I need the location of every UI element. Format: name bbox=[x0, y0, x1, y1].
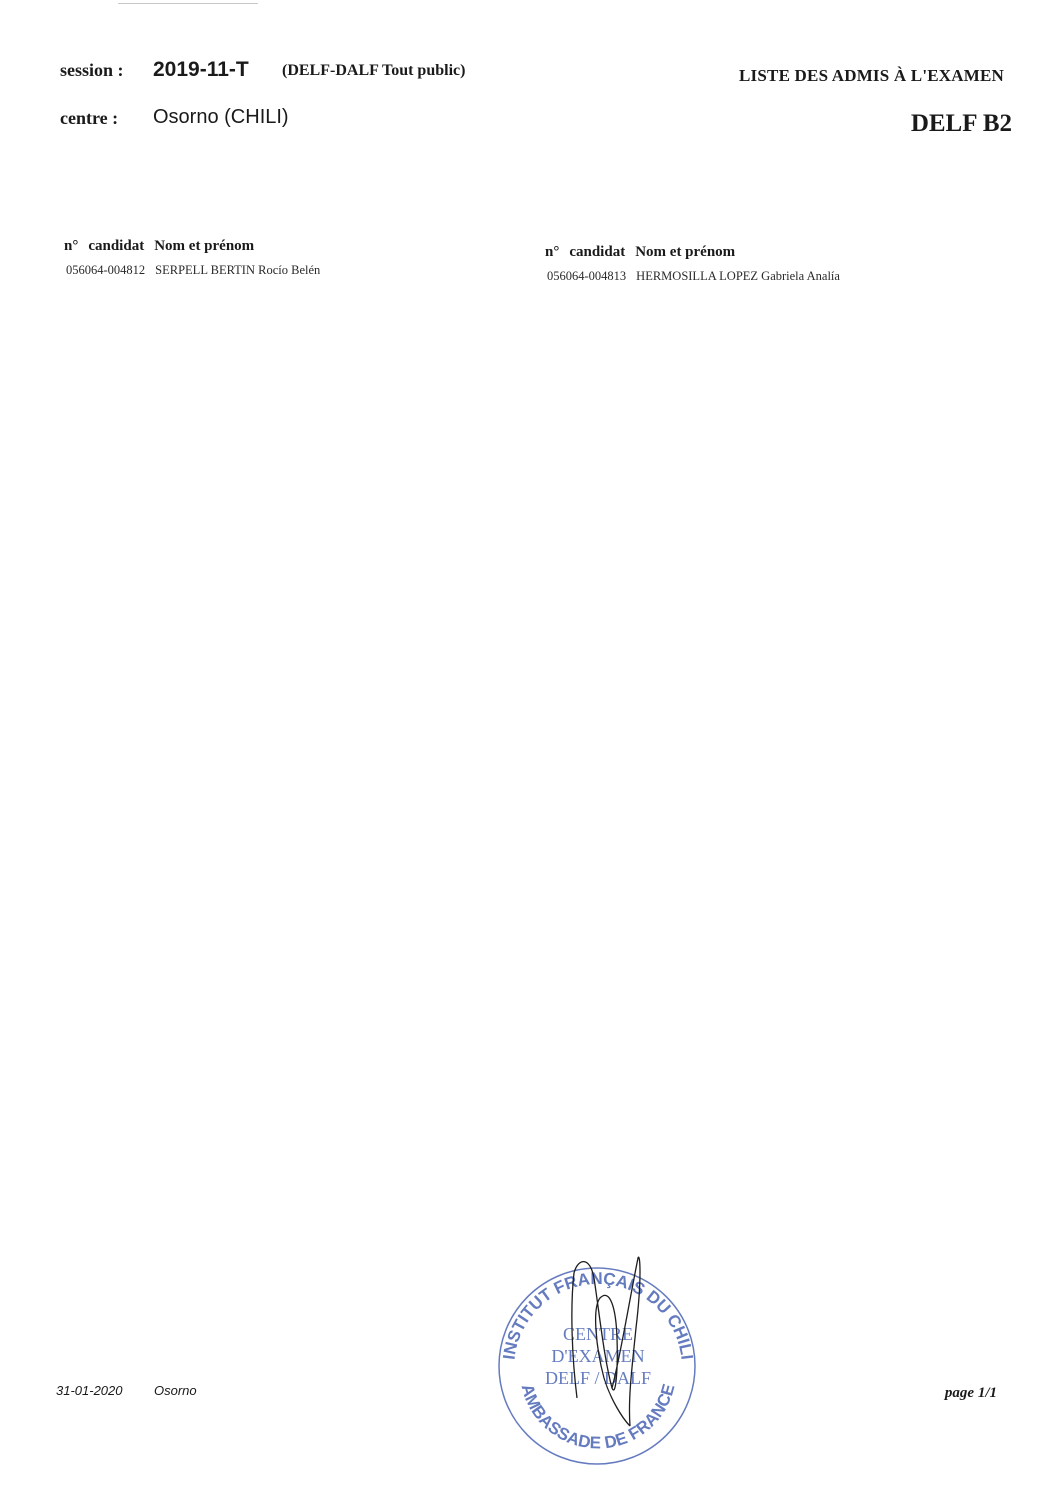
candidate-id: 056064-004812 bbox=[66, 263, 145, 277]
column-header-left: n°candidatNom et prénom bbox=[64, 238, 264, 255]
candidate-id: 056064-004813 bbox=[547, 269, 626, 283]
stamp-bottom-text: AMBASSADE DE FRANCE bbox=[517, 1382, 678, 1453]
centre-value: Osorno (CHILI) bbox=[153, 106, 289, 129]
col-number: n° bbox=[545, 244, 559, 260]
centre-label: centre : bbox=[60, 108, 118, 129]
session-label: session : bbox=[60, 60, 124, 81]
session-value: 2019-11-T bbox=[153, 58, 249, 82]
col-candidate: candidat bbox=[88, 238, 144, 254]
candidate-row: 056064-004813HERMOSILLA LOPEZ Gabriela A… bbox=[547, 269, 840, 284]
candidate-name: SERPELL BERTIN Rocío Belén bbox=[155, 263, 320, 277]
column-header-right: n°candidatNom et prénom bbox=[545, 244, 745, 261]
candidate-name: HERMOSILLA LOPEZ Gabriela Analía bbox=[636, 269, 840, 283]
footer-place: Osorno bbox=[154, 1383, 197, 1398]
stamp-center-line: DELF / DALF bbox=[545, 1368, 651, 1388]
official-stamp: INSTITUT FRANÇAIS DU CHILI AMBASSADE DE … bbox=[492, 1248, 702, 1468]
col-candidate: candidat bbox=[569, 244, 625, 260]
col-number: n° bbox=[64, 238, 78, 254]
exam-level: DELF B2 bbox=[911, 110, 1012, 138]
document-title: LISTE DES ADMIS À L'EXAMEN bbox=[739, 66, 1004, 86]
page-number: page 1/1 bbox=[945, 1385, 997, 1402]
footer-date: 31-01-2020 bbox=[56, 1383, 123, 1398]
col-name: Nom et prénom bbox=[154, 238, 254, 254]
scan-artifact-line bbox=[118, 3, 258, 4]
candidate-row: 056064-004812SERPELL BERTIN Rocío Belén bbox=[66, 263, 320, 278]
session-type: (DELF-DALF Tout public) bbox=[282, 62, 465, 80]
col-name: Nom et prénom bbox=[635, 244, 735, 260]
